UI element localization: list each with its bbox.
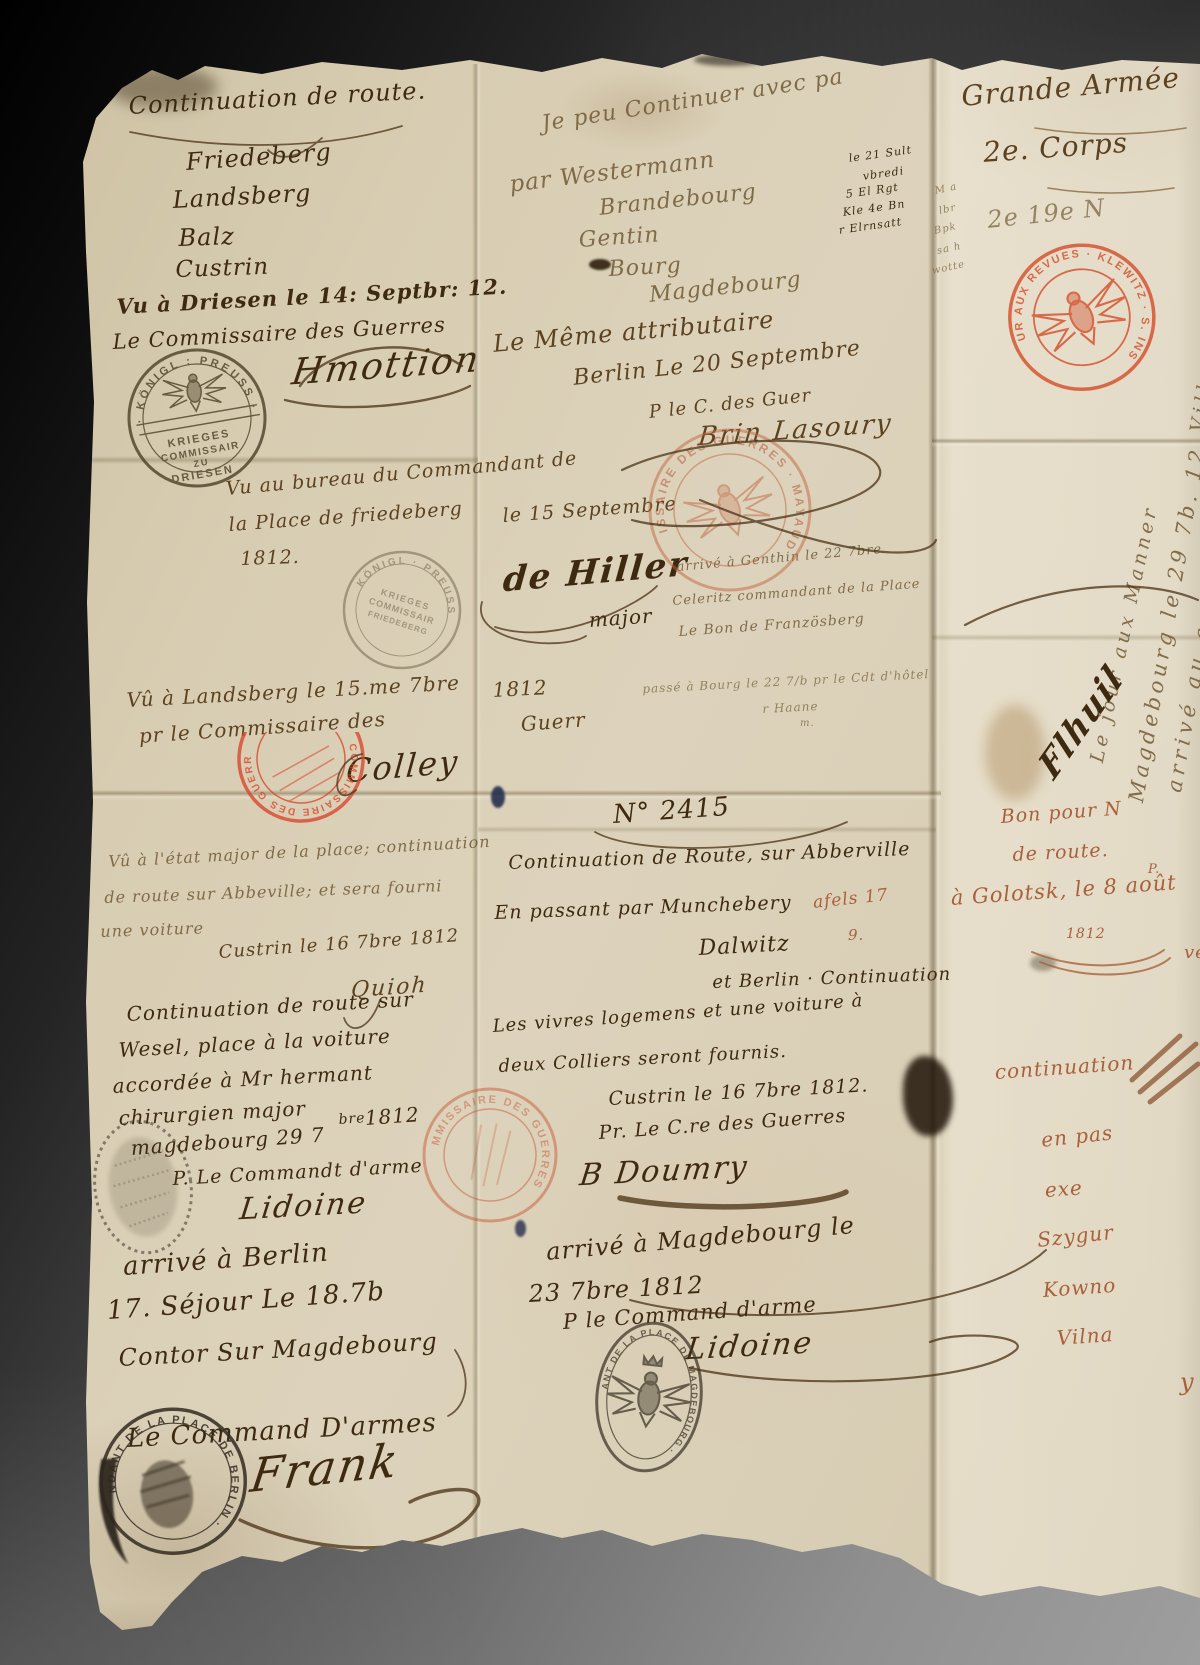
document-sheet: Continuation de route. Friedeberg Landsb… — [0, 0, 1200, 1665]
photograph-canvas: Continuation de route. Friedeberg Landsb… — [0, 0, 1200, 1665]
flourish-overlay — [0, 0, 1200, 1665]
